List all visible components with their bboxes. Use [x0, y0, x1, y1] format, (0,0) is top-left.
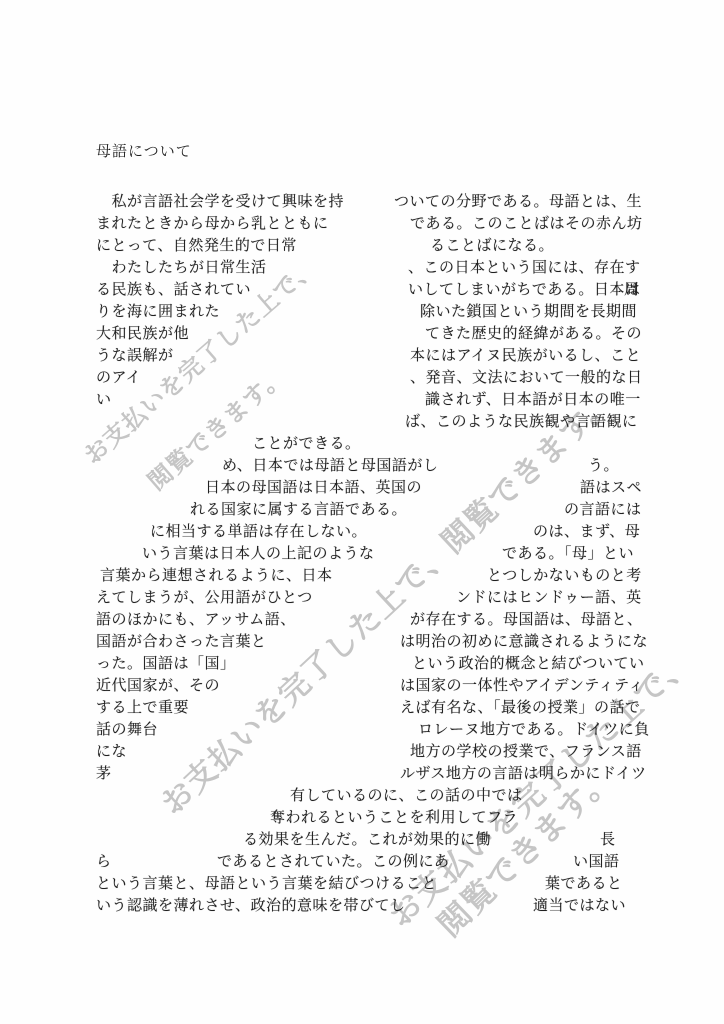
doc-line: 話の舞台ロレーヌ地方である。ドイツに負: [0, 718, 724, 738]
text-fragment: という政治的概念と結びついてい: [412, 652, 645, 673]
text-fragment: る効果を生んだ。これが効果的に働: [243, 828, 491, 849]
text-fragment: 日本の母国語は日本語、英国の: [205, 476, 422, 497]
text-fragment: 国語が合わさった言葉と: [96, 630, 267, 651]
doc-line: 日本の母国語は日本語、英国の語はスペ: [0, 476, 724, 496]
doc-line: する上で重要えば有名な、「最後の授業」の話で: [0, 696, 724, 716]
text-fragment: 除いた鎖国という期間を長期間: [420, 300, 637, 321]
doc-line: まれたときから母から乳とともにである。このことばはその赤ん坊: [0, 212, 724, 232]
text-fragment: い国語: [573, 850, 620, 871]
doc-line: にな地方の学校の授業で、フランス語: [0, 740, 724, 760]
doc-line: れる国家に属する言語である。の言語には: [0, 498, 724, 518]
doc-line: に相当する単語は存在しない。のは、まず、母: [0, 520, 724, 540]
doc-line: という言葉と、母語という言葉を結びつけること葉であると: [0, 872, 724, 892]
doc-line: いう認識を薄れさせ、政治的意味を帯びてし適当ではない: [0, 894, 724, 914]
text-fragment: ルザス地方の言語は明らかにドイツ: [400, 762, 647, 783]
doc-line: 私が言語社会学を受けて興味を持ついての分野である。母語とは、生: [0, 190, 724, 210]
doc-line: えてしまうが、公用語がひとつンドにはヒンドゥー語、英: [0, 586, 724, 606]
text-fragment: うな誤解が: [96, 344, 174, 365]
doc-line: 茅ルザス地方の言語は明らかにドイツ: [0, 762, 724, 782]
text-fragment: は明治の初めに意識されるようにな: [400, 630, 648, 651]
text-fragment: ば、このような民族観や言語観に: [405, 410, 638, 431]
text-fragment: 周: [624, 278, 640, 299]
text-fragment: 話の舞台: [96, 718, 158, 739]
text-fragment: ことができる。: [252, 432, 361, 453]
doc-line: め、日本では母語と母国語がしう。: [0, 454, 724, 474]
doc-line: にとって、自然発生的で日常ることばになる。: [0, 234, 724, 254]
text-fragment: 大和民族が他: [96, 322, 189, 343]
doc-line: 国語が合わさった言葉とは明治の初めに意識されるようにな: [0, 630, 724, 650]
text-fragment: である。このことばはその赤ん坊: [410, 212, 643, 233]
document-text-layer: 母語について 私が言語社会学を受けて興味を持ついての分野である。母語とは、生まれ…: [0, 0, 724, 1024]
text-fragment: った。国語は「国」: [96, 652, 236, 673]
text-fragment: 有しているのに、この話の中では: [290, 784, 523, 805]
text-fragment: とつしかないものと考: [487, 564, 642, 585]
text-fragment: 語のほかにも、アッサム語、: [96, 608, 296, 629]
text-fragment: め、日本では母語と母国語がし: [222, 454, 438, 475]
doc-line: わたしたちが日常生活、この日本という国には、存在す: [0, 256, 724, 276]
text-fragment: である。「母」とい: [502, 542, 634, 563]
text-fragment: 識されず、日本語が日本の唯一: [425, 388, 641, 409]
text-fragment: 茅: [96, 762, 112, 783]
doc-line: りを海に囲まれた除いた鎖国という期間を長期間: [0, 300, 724, 320]
text-fragment: いしてしまいがちである。日本は: [408, 278, 640, 299]
text-fragment: えば有名な、「最後の授業」の話で: [400, 696, 641, 717]
text-fragment: 私が言語社会学を受けて興味を持: [96, 190, 344, 211]
text-fragment: 語はスペ: [580, 476, 642, 497]
doc-line: 語のほかにも、アッサム語、が存在する。母国語は、母語と、: [0, 608, 724, 628]
text-fragment: 地方の学校の授業で、フランス語: [410, 740, 642, 761]
text-fragment: 近代国家が、その: [96, 674, 220, 695]
doc-line: 大和民族が他てきた歴史的経緯がある。その: [0, 322, 724, 342]
doc-line: い識されず、日本語が日本の唯一: [0, 388, 724, 408]
text-fragment: る民族も、話されてい: [96, 278, 251, 299]
text-fragment: いう言葉は日本人の上記のような: [142, 542, 375, 563]
text-fragment: ロレーヌ地方である。ドイツに負: [418, 718, 650, 739]
text-fragment: いう認識を薄れさせ、政治的意味を帯びてし: [96, 894, 406, 915]
doc-line: ことができる。: [0, 432, 724, 452]
doc-line: のアイ、発音、文法において一般的な日: [0, 366, 724, 386]
text-fragment: てきた歴史的経緯がある。その: [425, 322, 642, 343]
text-fragment: は国家の一体性やアイデンティティ: [400, 674, 644, 695]
text-fragment: のは、まず、母: [533, 520, 640, 541]
text-fragment: ンドにはヒンドゥー語、英: [456, 586, 642, 607]
text-fragment: えてしまうが、公用語がひとつ: [96, 586, 313, 607]
text-fragment: する上で重要: [96, 696, 189, 717]
text-fragment: のアイ: [96, 366, 141, 387]
doc-line: 奪われるということを利用してフラ: [0, 806, 724, 826]
doc-line: 有しているのに、この話の中では: [0, 784, 724, 804]
text-fragment: が存在する。母国語は、母語と、: [410, 608, 643, 629]
text-fragment: にな: [96, 740, 127, 761]
text-fragment: に相当する単語は存在しない。: [150, 520, 367, 541]
text-fragment: ついての分野である。母語とは、生: [394, 190, 642, 211]
doc-line: うな誤解が本にはアイヌ民族がいるし、こと: [0, 344, 724, 364]
text-fragment: わたしたちが日常生活: [96, 256, 267, 277]
doc-line: る効果を生んだ。これが効果的に働長: [0, 828, 724, 848]
text-fragment: の言語には: [564, 498, 642, 519]
text-fragment: であるとされていた。この例にあ: [217, 850, 450, 871]
doc-line: らであるとされていた。この例にあい国語: [0, 850, 724, 870]
text-fragment: りを海に囲まれた: [96, 300, 220, 321]
doc-line: る民族も、話されていいしてしまいがちである。日本は周: [0, 278, 724, 298]
text-fragment: 、発音、文法において一般的な日: [410, 366, 643, 387]
scanned-document-page: お支払いを完了した上で、閲覧できます。お支払いを完了した上で、閲覧できます。お支…: [0, 0, 724, 1024]
text-fragment: にとって、自然発生的で日常: [96, 234, 297, 255]
text-fragment: ら: [96, 850, 112, 871]
text-fragment: う。: [588, 454, 619, 475]
text-fragment: 、この日本という国には、存在す: [408, 256, 641, 277]
page-title: 母語について: [96, 140, 192, 161]
text-fragment: 言葉から連想されるように、日本: [100, 564, 333, 585]
text-fragment: 葉であると: [545, 872, 623, 893]
text-fragment: 長: [600, 828, 616, 849]
doc-line: いう言葉は日本人の上記のようなである。「母」とい: [0, 542, 724, 562]
text-fragment: という言葉と、母語という言葉を結びつけること: [96, 872, 437, 893]
doc-line: 言葉から連想されるように、日本とつしかないものと考: [0, 564, 724, 584]
text-fragment: 適当ではない: [533, 894, 626, 915]
doc-line: った。国語は「国」という政治的概念と結びついてい: [0, 652, 724, 672]
text-fragment: まれたときから母から乳とともに: [96, 212, 329, 233]
text-fragment: い: [96, 388, 112, 409]
text-fragment: れる国家に属する言語である。: [190, 498, 407, 519]
text-fragment: 本にはアイヌ民族がいるし、こと: [410, 344, 641, 365]
text-fragment: ることばになる。: [430, 234, 554, 255]
doc-line: ば、このような民族観や言語観に: [0, 410, 724, 430]
doc-line: 近代国家が、そのは国家の一体性やアイデンティティ: [0, 674, 724, 694]
text-fragment: 奪われるということを利用してフラ: [270, 806, 518, 827]
